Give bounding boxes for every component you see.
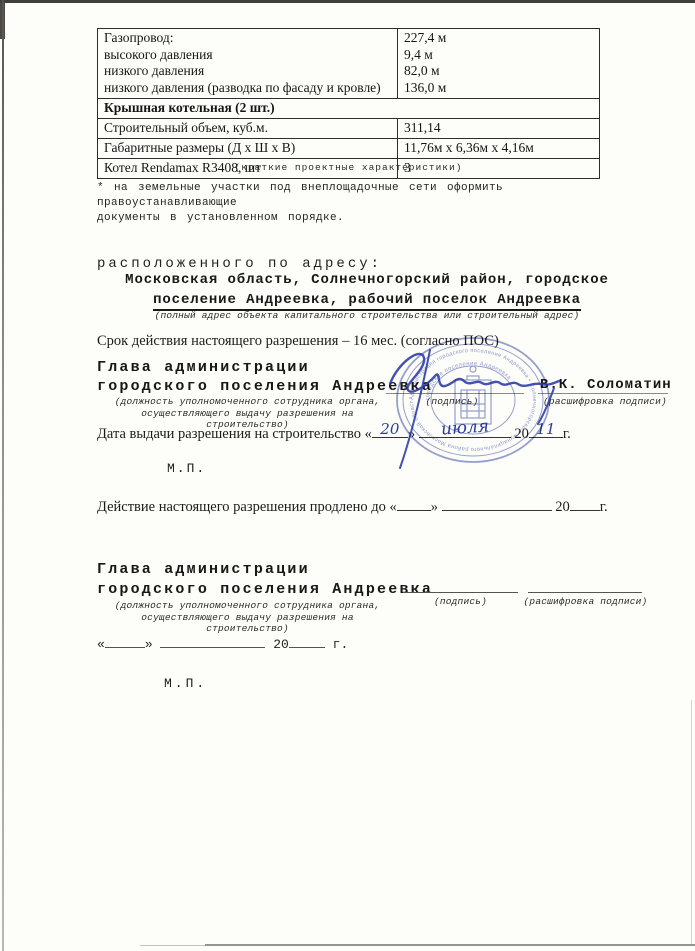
- blank: [570, 497, 600, 511]
- table-row-gas: Газопровод: высокого давления низкого да…: [98, 29, 600, 99]
- signature2-caption: (подпись): [403, 596, 518, 607]
- year-prefix: 20: [273, 637, 289, 652]
- stamp-place-2: М.П.: [164, 676, 207, 691]
- address-intro: расположенного по адресу:: [97, 256, 382, 272]
- blank: [442, 497, 552, 511]
- quote-close: »: [431, 499, 438, 515]
- table-row: Строительный объем, куб.м. 311,14: [98, 119, 600, 139]
- official-position-line1: Глава администрации: [97, 359, 310, 376]
- table-row-section: Крышная котельная (2 шт.): [98, 99, 600, 119]
- gas-value: 82,0 м: [404, 63, 593, 80]
- year-prefix: 20: [555, 499, 570, 515]
- address-line2: поселение Андреевка, рабочий поселок Анд…: [153, 292, 581, 311]
- official2-position-line2: городского поселения Андреевка: [97, 581, 433, 598]
- table-row: Габаритные размеры (Д х Ш х В) 11,76м х …: [98, 139, 600, 159]
- address-caption: (полный адрес объекта капитального строи…: [97, 310, 637, 321]
- stamp-place-1: М.П.: [167, 461, 206, 476]
- table-cell-label: Газопровод: высокого давления низкого да…: [98, 29, 398, 99]
- gas-value: 227,4 м: [404, 30, 593, 47]
- blank-date-line: «» 20 г.: [97, 634, 348, 652]
- address-line1: Московская область, Солнечногорский райо…: [97, 272, 637, 288]
- scan-edge-top: [0, 0, 695, 3]
- gas-label: Газопровод:: [104, 30, 391, 47]
- year-letter: г.: [333, 637, 349, 652]
- issue-date-prefix: Дата выдачи разрешения на строительство …: [97, 426, 372, 442]
- table-cell-value: 311,14: [398, 119, 600, 139]
- gas-label: высокого давления: [104, 47, 391, 64]
- scan-edge-bottom-faint: [140, 945, 205, 946]
- position2-caption-line1: (должность уполномоченного сотрудника ор…: [100, 600, 395, 612]
- spec-table: Газопровод: высокого давления низкого да…: [97, 28, 600, 179]
- signature2-rule: [403, 592, 518, 593]
- section-header: Крышная котельная (2 шт.): [98, 99, 600, 119]
- scanned-document-page: Газопровод: высокого давления низкого да…: [0, 0, 695, 951]
- scan-edge-right: [691, 700, 692, 944]
- gas-value: 9,4 м: [404, 47, 593, 64]
- position2-caption-line2: осуществляющего выдачу разрешения на стр…: [100, 612, 395, 635]
- scan-edge-left: [2, 0, 4, 951]
- gas-label: низкого давления: [104, 63, 391, 80]
- name2-rule: [528, 592, 642, 593]
- address-line2-wrap: поселение Андреевка, рабочий поселок Анд…: [97, 290, 637, 308]
- signature: [378, 342, 578, 474]
- extension-prefix: Действие настоящего разрешения продлено …: [97, 499, 397, 515]
- blank: [289, 634, 325, 648]
- blank: [160, 634, 265, 648]
- quote-open: «: [97, 637, 105, 652]
- footnote: * на земельные участки под внеплощадочны…: [97, 181, 609, 226]
- year-letter: г.: [600, 499, 608, 515]
- name2-caption: (расшифровка подписи): [513, 596, 658, 607]
- footnote-line1: * на земельные участки под внеплощадочны…: [97, 181, 609, 211]
- gas-label: низкого давления (разводка по фасаду и к…: [104, 80, 391, 97]
- blank: [105, 634, 145, 648]
- scan-edge-bottom: [205, 944, 695, 946]
- table-cell-value: 227,4 м 9,4 м 82,0 м 136,0 м: [398, 29, 600, 99]
- footnote-line2: документы в установленном порядке.: [97, 211, 609, 226]
- quote-close: »: [145, 637, 153, 652]
- extension-line: Действие настоящего разрешения продлено …: [97, 497, 608, 516]
- table-caption: (краткие проектные характеристики): [97, 162, 600, 173]
- position-caption-line1: (должность уполномоченного сотрудника ор…: [100, 396, 395, 408]
- blank: [397, 497, 431, 511]
- table-cell-label: Строительный объем, куб.м.: [98, 119, 398, 139]
- position2-caption: (должность уполномоченного сотрудника ор…: [100, 600, 395, 635]
- gas-value: 136,0 м: [404, 80, 593, 97]
- table-cell-value: 11,76м х 6,36м х 4,16м: [398, 139, 600, 159]
- official2-position-line1: Глава администрации: [97, 561, 310, 578]
- table-cell-label: Габаритные размеры (Д х Ш х В): [98, 139, 398, 159]
